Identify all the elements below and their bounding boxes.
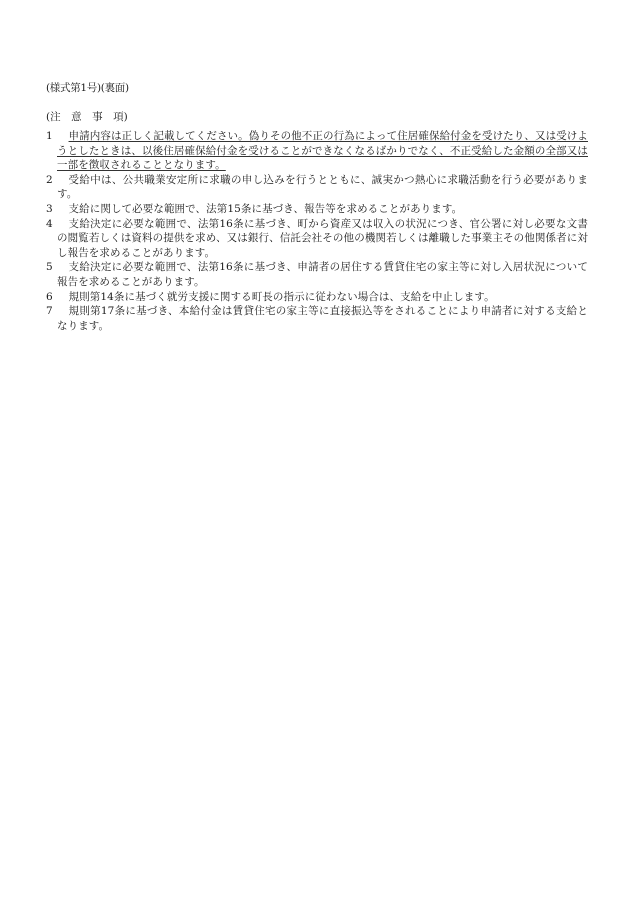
note-text: 支給決定に必要な範囲で、法第16条に基づき、町から資産又は収入の状況につき、官公… [57, 217, 588, 261]
note-item: 3 支給に関して必要な範囲で、法第15条に基づき、報告等を求めることがあります。 [46, 202, 588, 217]
form-label: (様式第1号)(裏面) [46, 80, 129, 95]
note-number: 4 [46, 217, 60, 232]
note-text: 支給決定に必要な範囲で、法第16条に基づき、申請者の居住する賃貸住宅の家主等に対… [57, 260, 588, 289]
note-text: 支給に関して必要な範囲で、法第15条に基づき、報告等を求めることがあります。 [57, 202, 588, 217]
note-text: 規則第17条に基づき、本給付金は賃貸住宅の家主等に直接振込等をされることにより申… [57, 304, 588, 333]
note-item: 7 規則第17条に基づき、本給付金は賃貸住宅の家主等に直接振込等をされることによ… [46, 304, 588, 333]
note-text: 申請内容は正しく記載してください。偽りその他不正の行為によって住居確保給付金を受… [57, 129, 588, 173]
note-number: 3 [46, 202, 60, 217]
note-item: 1 申請内容は正しく記載してください。偽りその他不正の行為によって住居確保給付金… [46, 129, 588, 173]
notes-heading: (注 意 事 項) [46, 109, 128, 124]
note-number: 7 [46, 304, 60, 319]
document-page: (様式第1号)(裏面) (注 意 事 項) 1 申請内容は正しく記載してください… [0, 0, 630, 903]
note-item: 2 受給中は、公共職業安定所に求職の申し込みを行うとともに、誠実かつ熱心に求職活… [46, 173, 588, 202]
note-text: 規則第14条に基づく就労支援に関する町長の指示に従わない場合は、支給を中止します… [57, 290, 588, 305]
note-item: 4 支給決定に必要な範囲で、法第16条に基づき、町から資産又は収入の状況につき、… [46, 217, 588, 261]
note-number: 1 [46, 129, 60, 144]
notes-list: 1 申請内容は正しく記載してください。偽りその他不正の行為によって住居確保給付金… [46, 129, 588, 333]
note-number: 5 [46, 260, 60, 275]
note-text: 受給中は、公共職業安定所に求職の申し込みを行うとともに、誠実かつ熱心に求職活動を… [57, 173, 588, 202]
note-item: 6 規則第14条に基づく就労支援に関する町長の指示に従わない場合は、支給を中止し… [46, 290, 588, 305]
note-item: 5 支給決定に必要な範囲で、法第16条に基づき、申請者の居住する賃貸住宅の家主等… [46, 260, 588, 289]
note-number: 6 [46, 290, 60, 305]
note-number: 2 [46, 173, 60, 188]
